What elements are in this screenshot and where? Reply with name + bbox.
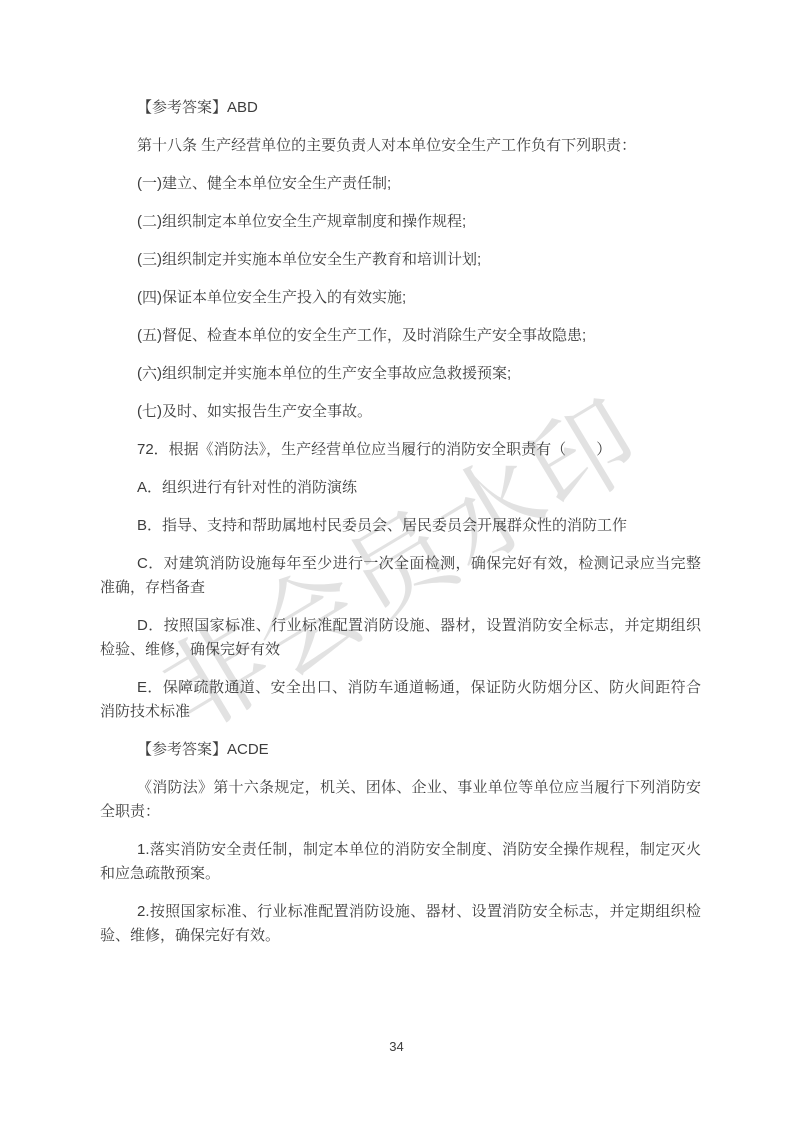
answer-key-abd: 【参考答案】ABD: [100, 96, 701, 120]
fire-duty-item-2: 2.按照国家标准、行业标准配置消防设施、器材、设置消防安全标志，并定期组织检验、…: [100, 900, 701, 948]
article-18-item-3: (三)组织制定并实施本单位安全生产教育和培训计划;: [100, 248, 701, 272]
article-18-item-6: (六)组织制定并实施本单位的生产安全事故应急救援预案;: [100, 362, 701, 386]
page-number: 34: [0, 1039, 793, 1054]
article-18-item-5: (五)督促、检查本单位的安全生产工作，及时消除生产安全事故隐患;: [100, 324, 701, 348]
document-content: 【参考答案】ABD 第十八条 生产经营单位的主要负责人对本单位安全生产工作负有下…: [0, 0, 793, 948]
question-72-option-e: E．保障疏散通道、安全出口、消防车通道畅通，保证防火防烟分区、防火间距符合消防技…: [100, 676, 701, 724]
article-18-intro: 第十八条 生产经营单位的主要负责人对本单位安全生产工作负有下列职责：: [100, 134, 701, 158]
fire-law-article-16-intro: 《消防法》第十六条规定，机关、团体、企业、事业单位等单位应当履行下列消防安全职责…: [100, 776, 701, 824]
document-page: 非会员水印 【参考答案】ABD 第十八条 生产经营单位的主要负责人对本单位安全生…: [0, 0, 793, 1122]
answer-key-acde: 【参考答案】ACDE: [100, 738, 701, 762]
article-18-item-2: (二)组织制定本单位安全生产规章制度和操作规程;: [100, 210, 701, 234]
article-18-item-1: (一)建立、健全本单位安全生产责任制;: [100, 172, 701, 196]
article-18-item-7: (七)及时、如实报告生产安全事故。: [100, 400, 701, 424]
article-18-item-4: (四)保证本单位安全生产投入的有效实施;: [100, 286, 701, 310]
question-72-option-a: A．组织进行有针对性的消防演练: [100, 476, 701, 500]
question-72-option-b: B．指导、支持和帮助属地村民委员会、居民委员会开展群众性的消防工作: [100, 514, 701, 538]
question-72-option-d: D．按照国家标准、行业标准配置消防设施、器材，设置消防安全标志，并定期组织检验、…: [100, 614, 701, 662]
question-72-option-c: C．对建筑消防设施每年至少进行一次全面检测，确保完好有效，检测记录应当完整准确，…: [100, 552, 701, 600]
question-72: 72．根据《消防法》，生产经营单位应当履行的消防安全职责有（ ）: [100, 438, 701, 462]
fire-duty-item-1: 1.落实消防安全责任制，制定本单位的消防安全制度、消防安全操作规程，制定灭火和应…: [100, 838, 701, 886]
